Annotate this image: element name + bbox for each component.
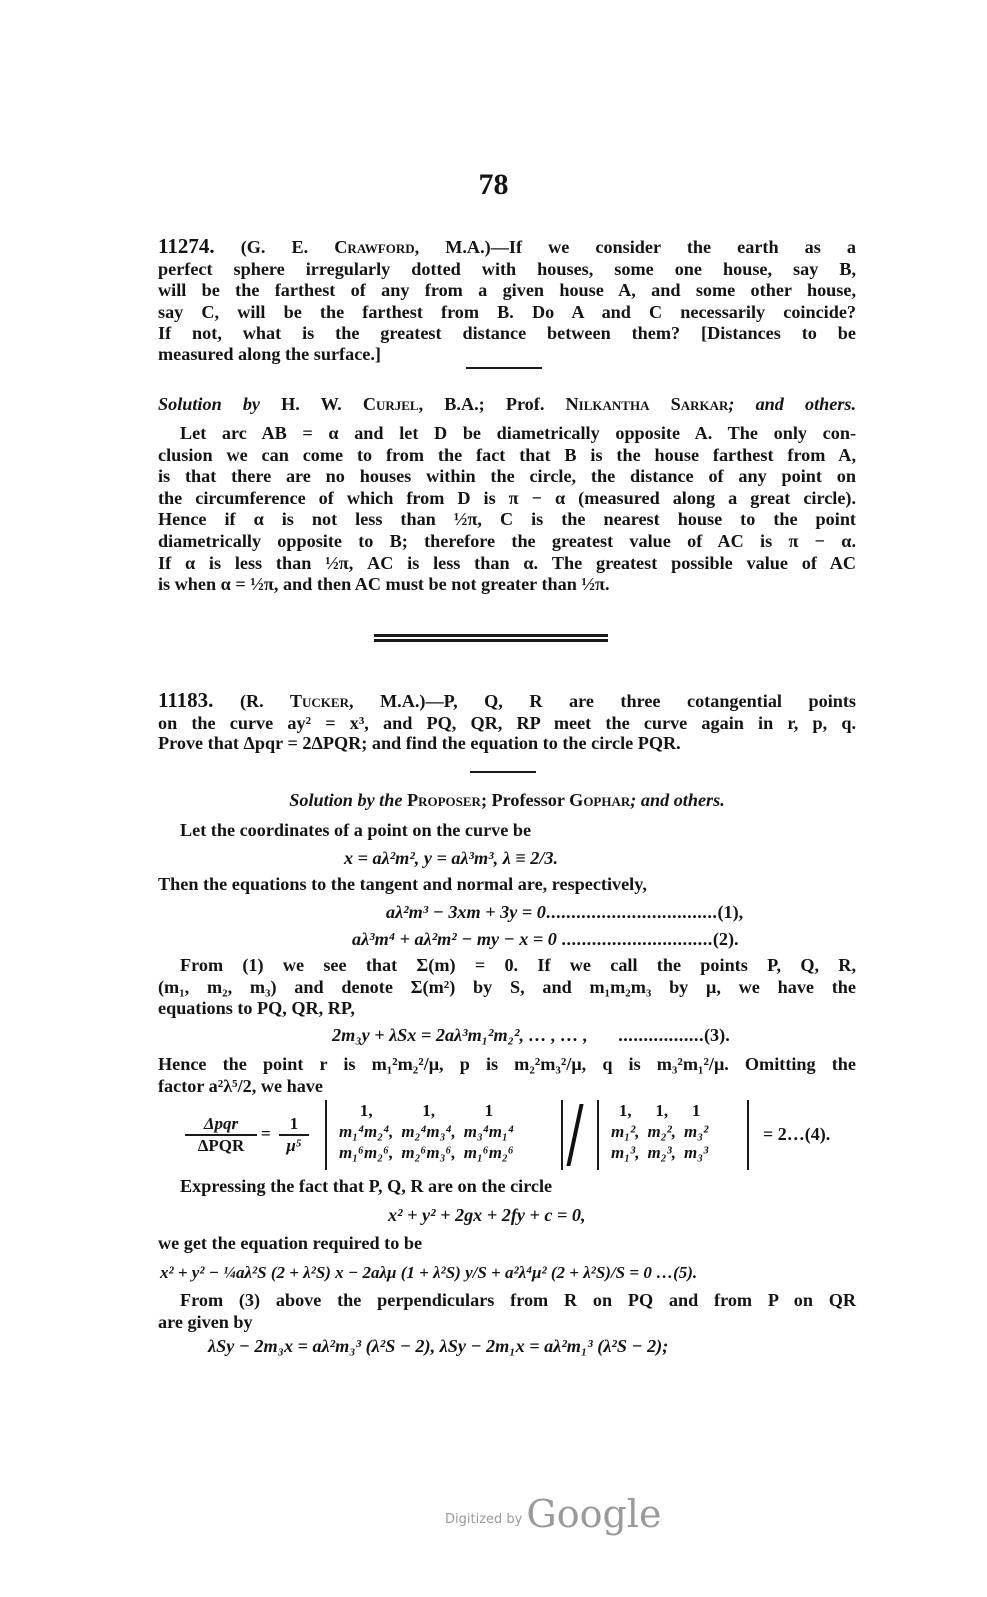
solution-line: Let arc AB = α and let D be diametricall… <box>158 423 856 445</box>
statement-line: —If we consider the earth as a <box>491 237 856 257</box>
problem-number: 11183. <box>158 688 213 712</box>
solution-body-11274: Let arc AB = α and let D be diametricall… <box>158 423 856 574</box>
det-cell: m₃³ <box>680 1142 712 1163</box>
solution-line: factor a²λ⁵/2, we have <box>158 1076 856 1098</box>
statement-line: —P, Q, R are three cotangential points <box>425 691 856 711</box>
problem-number: 11274. <box>158 234 215 258</box>
statement-line: If not, what is the greatest distance be… <box>158 323 856 345</box>
det-cell: m₁⁶m₂⁶, <box>335 1142 397 1163</box>
and-others-label: ; and others. <box>630 790 725 810</box>
short-rule <box>470 771 536 773</box>
det-cell: 1, <box>644 1100 681 1121</box>
solution-line: Hence the point r is m₁²m₂²/μ, p is m₂²m… <box>158 1054 856 1076</box>
fraction-denominator: ΔPQR <box>185 1136 257 1156</box>
google-logo-text: Google <box>526 1492 661 1536</box>
solver-name: Proposer <box>407 790 481 810</box>
determinant-numerator: 1,1,1 m₁⁴m₂⁴,m₂⁴m₃⁴,m₃⁴m₁⁴ m₁⁶m₂⁶,m₂⁶m₃⁶… <box>325 1100 563 1170</box>
det-cell: m₂⁶m₃⁶, <box>397 1142 459 1163</box>
det-cell: m₂², <box>644 1121 681 1142</box>
solution-line: If α is less than ½π, AC is less than α.… <box>158 553 856 575</box>
separator-text: ; Professor <box>481 790 565 810</box>
statement-line: perfect sphere irregularly dotted with h… <box>158 259 856 281</box>
from-1-last-line: equations to PQ, QR, RP, <box>158 998 856 1020</box>
solution-line: Let the coordinates of a point on the cu… <box>158 820 856 842</box>
dot-leader: .............................. <box>561 929 712 949</box>
solution-line: we get the equation required to be <box>158 1233 856 1255</box>
det-cell: m₂⁴m₃⁴, <box>397 1121 459 1142</box>
equation-1: aλ²m³ − 3xm + 3y = 0....................… <box>386 902 856 923</box>
solution-line: Then the equations to the tangent and no… <box>158 874 856 896</box>
det-cell: m₂³, <box>644 1142 681 1163</box>
equation-3: 2m₃y + λSx = 2aλ³m₁²m₂², … , … , .......… <box>332 1025 856 1046</box>
statement-last-line: measured along the surface.] <box>158 344 856 366</box>
det-cell: 1 <box>460 1100 518 1121</box>
problem-11183-statement: 11183. (R. Tucker, M.A.)—P, Q, R are thr… <box>158 690 856 734</box>
solution-line: is that there are no houses within the c… <box>158 466 856 488</box>
coords-equation: x = aλ²m², y = aλ³m³, λ ≡ 2/3. <box>344 848 558 869</box>
equation-label: (3). <box>704 1025 730 1045</box>
division-slash <box>566 1104 583 1166</box>
equation-label: (1), <box>717 902 743 922</box>
fraction-denominator: μ⁵ <box>279 1136 309 1156</box>
determinant-denominator: 1,1,1 m₁²,m₂²,m₃² m₁³,m₂³,m₃³ <box>597 1100 749 1170</box>
equals-sign: = <box>261 1124 271 1144</box>
det-cell: m₁⁴m₂⁴, <box>335 1121 397 1142</box>
statement-line: measured along the surface.] <box>158 344 856 366</box>
solver-name: H. W. Curjel, B.A. <box>281 394 479 414</box>
equation-label: (2). <box>713 929 739 949</box>
det-cell: m₃⁴m₁⁴ <box>460 1121 518 1142</box>
from-3-paragraph: From (3) above the perpendiculars from R… <box>158 1290 856 1312</box>
from-3-last-line: are given by <box>158 1312 856 1334</box>
we-get-line: we get the equation required to be <box>158 1233 856 1255</box>
solution-by-label: Solution by <box>158 394 260 414</box>
solution-last-line: is when α = ½π, and then AC must be not … <box>158 574 856 596</box>
solution-line: diametrically opposite to B; therefore t… <box>158 531 856 553</box>
solution-line: From (3) above the perpendiculars from R… <box>158 1290 856 1312</box>
dot-leader: .................................. <box>546 902 718 922</box>
statement-line: say C, will be the farthest from B. Do A… <box>158 302 856 324</box>
det-cell: 1, <box>397 1100 459 1121</box>
solution-line: From (1) we see that Σ(m) = 0. If we cal… <box>158 955 856 977</box>
hence-paragraph: Hence the point r is m₁²m₂²/μ, p is m₂²m… <box>158 1054 856 1076</box>
digitized-by-google-watermark: Digitized by Google <box>445 1492 661 1536</box>
det-cell: 1, <box>335 1100 397 1121</box>
solver-name: Nilkantha Sarkar <box>566 394 729 414</box>
coefficient-fraction: 1 μ⁵ <box>279 1114 309 1156</box>
then-line: Then the equations to the tangent and no… <box>158 874 856 896</box>
from-1-paragraph: From (1) we see that Σ(m) = 0. If we cal… <box>158 955 856 998</box>
solution-line: (m₁, m₂, m₃) and denote Σ(m²) by S, and … <box>158 977 856 999</box>
statement-line: Prove that Δpqr = 2ΔPQR; and find the eq… <box>158 733 856 755</box>
solution-line: equations to PQ, QR, RP, <box>158 998 856 1020</box>
statement-line: on the curve ay² = x³, and PQ, QR, RP me… <box>158 713 856 735</box>
fraction-numerator: Δpqr <box>185 1114 257 1136</box>
and-others-label: ; and others. <box>728 394 856 414</box>
det-cell: m₁², <box>607 1121 644 1142</box>
statement-line: will be the farthest of any from a given… <box>158 280 856 302</box>
determinant-equation-4: Δpqr ΔPQR = 1 μ⁵ 1,1,1 m₁⁴m₂⁴,m₂⁴m₃⁴,m₃⁴… <box>183 1100 863 1172</box>
dot-leader: ................. <box>618 1025 704 1045</box>
ratio-fraction: Δpqr ΔPQR <box>185 1114 257 1156</box>
watermark-prefix: Digitized by <box>445 1512 522 1527</box>
problem-author: (R. Tucker, M.A.) <box>240 691 426 711</box>
equation-text: aλ²m³ − 3xm + 3y = 0 <box>386 902 546 922</box>
solution-line: clusion we can come to from the fact tha… <box>158 445 856 467</box>
problem-11274-statement: 11274. (G. E. Crawford, M.A.)—If we cons… <box>158 236 856 345</box>
book-page: 78 11274. (G. E. Crawford, M.A.)—If we c… <box>0 0 987 1597</box>
expressing-line: Expressing the fact that P, Q, R are on … <box>158 1176 856 1198</box>
solution-line: is when α = ½π, and then AC must be not … <box>158 574 856 596</box>
solution-line: are given by <box>158 1312 856 1334</box>
solution-header-11183: Solution by the Proposer; Professor Goph… <box>158 790 856 812</box>
hence-last-line: factor a²λ⁵/2, we have <box>158 1076 856 1098</box>
equation-text: aλ³m⁴ + aλ²m² − my − x = 0 <box>352 929 557 949</box>
det-cell: m₁⁶m₂⁶ <box>460 1142 518 1163</box>
solution-line: Expressing the fact that P, Q, R are on … <box>158 1176 856 1198</box>
problem-author: (G. E. Crawford, M.A.) <box>241 237 491 257</box>
equation-5: x² + y² − ¼aλ²S (2 + λ²S) x − 2aλμ (1 + … <box>160 1263 697 1283</box>
det-cell: m₃² <box>680 1121 712 1142</box>
circle-equation: x² + y² + 2gx + 2fy + c = 0, <box>388 1205 586 1226</box>
equation-2: aλ³m⁴ + aλ²m² − my − x = 0 .............… <box>352 929 856 950</box>
statement-last-line: Prove that Δpqr = 2ΔPQR; and find the eq… <box>158 733 856 755</box>
perpendicular-equations: λSy − 2m₃x = aλ²m₃³ (λ²S − 2), λSy − 2m₁… <box>208 1336 668 1357</box>
solver-name: Gophar <box>569 790 630 810</box>
short-rule <box>466 367 542 369</box>
det-cell: 1 <box>680 1100 712 1121</box>
solution-by-label: Solution by the <box>289 790 402 810</box>
section-double-rule <box>374 634 608 642</box>
separator-text: ; Prof. <box>479 394 545 414</box>
solution-line: Hence if α is not less than ½π, C is the… <box>158 509 856 531</box>
solution-header-11274: Solution by H. W. Curjel, B.A.; Prof. Ni… <box>158 394 856 416</box>
page-number: 78 <box>0 168 987 202</box>
solution-line: the circumference of which from D is π −… <box>158 488 856 510</box>
det-cell: 1, <box>607 1100 644 1121</box>
equation-result: = 2…(4). <box>763 1124 830 1145</box>
equation-text: 2m₃y + λSx = 2aλ³m₁²m₂², … , … , <box>332 1025 588 1045</box>
det-cell: m₁³, <box>607 1142 644 1163</box>
fraction-numerator: 1 <box>279 1114 309 1136</box>
solution-intro: Let the coordinates of a point on the cu… <box>158 820 856 842</box>
